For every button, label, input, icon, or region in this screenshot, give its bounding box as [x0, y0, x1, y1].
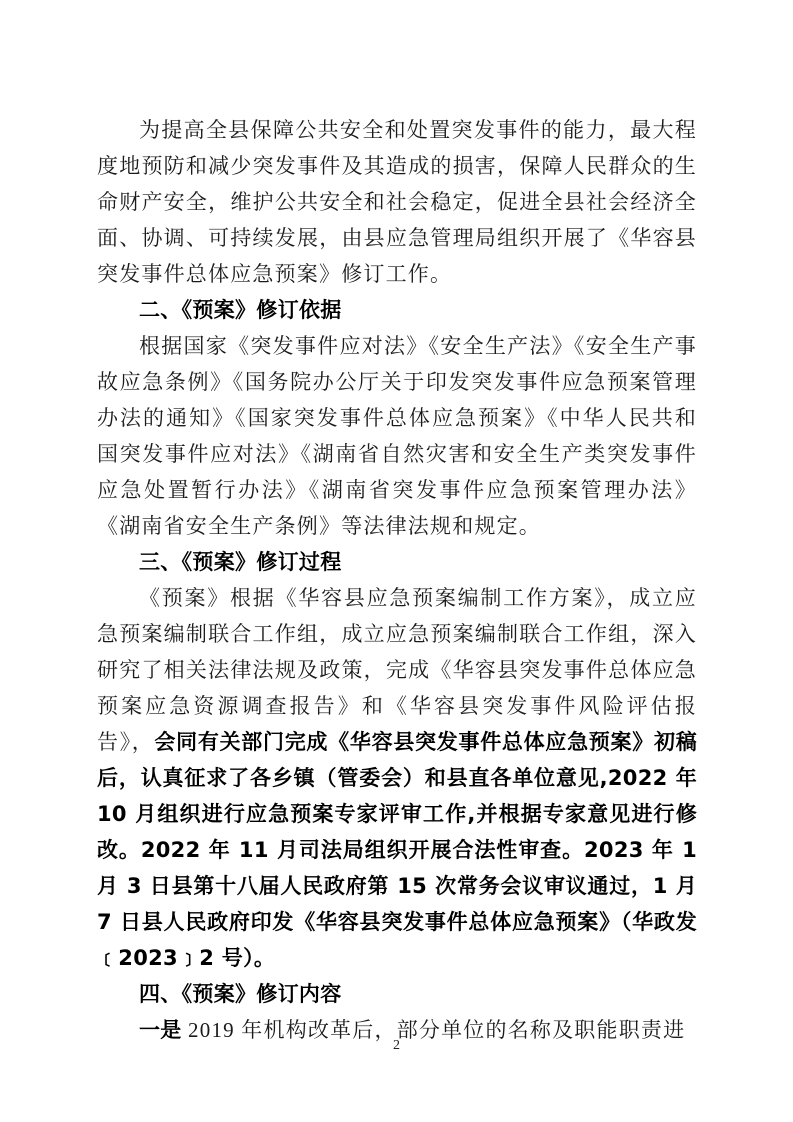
- document-page: 为提高全县保障公共安全和处置突发事件的能力，最大程度地预防和减少突发事件及其造成…: [0, 0, 793, 1122]
- document-body: 为提高全县保障公共安全和处置突发事件的能力，最大程度地预防和减少突发事件及其造成…: [97, 112, 697, 1048]
- page-footer: 2: [0, 1036, 793, 1056]
- section-heading-revision-process: 三、《预案》修订过程: [97, 544, 697, 580]
- text-run-fangsong: 《预案》根据《华容县应急预案编制工作方案》，成立应急预案编制联合工作组，成立应急…: [97, 586, 697, 754]
- paragraph-revision-process: 《预案》根据《华容县应急预案编制工作方案》，成立应急预案编制联合工作组，成立应急…: [97, 580, 697, 976]
- text-run-bold: 会同有关部门完成《华容县突发事件总体应急预案》初稿后，认真征求了各乡镇（管委会）…: [97, 730, 697, 970]
- section-heading-revision-basis: 二、《预案》修订依据: [97, 292, 697, 328]
- paragraph-revision-basis: 根据国家《突发事件应对法》《安全生产法》《安全生产事故应急条例》《国务院办公厅关…: [97, 328, 697, 544]
- section-heading-revision-content: 四、《预案》修订内容: [97, 976, 697, 1012]
- page-number: 2: [393, 1038, 400, 1053]
- paragraph-intro: 为提高全县保障公共安全和处置突发事件的能力，最大程度地预防和减少突发事件及其造成…: [97, 112, 697, 292]
